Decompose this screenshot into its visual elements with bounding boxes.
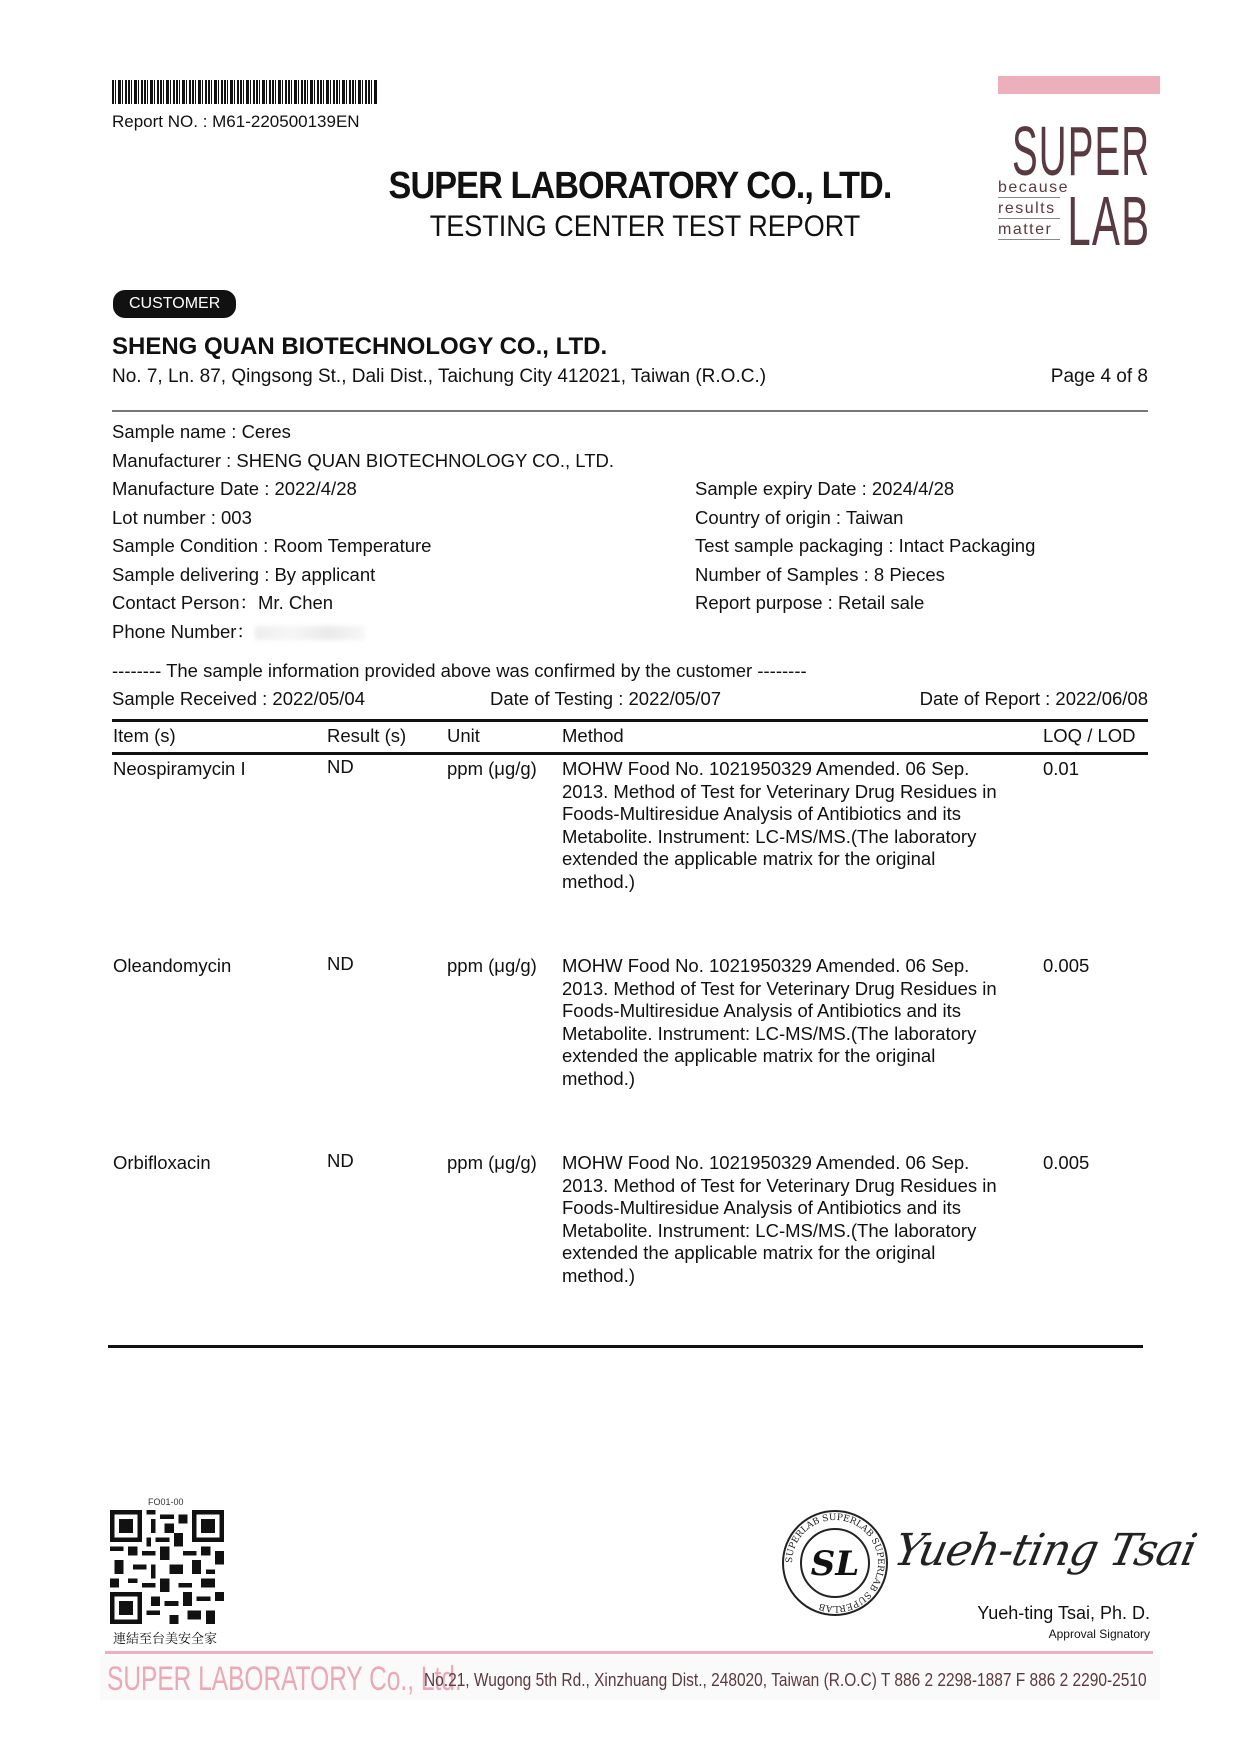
- customer-address: No. 7, Ln. 87, Qingsong St., Dali Dist.,…: [112, 366, 766, 388]
- sample-delivering: Sample delivering : By applicant: [112, 561, 614, 590]
- confirmation-note: -------- The sample information provided…: [112, 660, 807, 682]
- barcode: [112, 80, 377, 104]
- svg-text:SL: SL: [811, 1544, 859, 1584]
- logo-tagline-1: because: [998, 178, 1060, 198]
- qr-caption: 連結至台美安全家: [113, 1628, 217, 1647]
- sample-info-left: Sample name : Ceres Manufacturer : SHENG…: [112, 418, 614, 646]
- col-header-method: Method: [562, 725, 624, 747]
- logo-word-lab: LAB: [1067, 186, 1150, 256]
- sample-expiry-date: Sample expiry Date : 2024/4/28: [695, 475, 1035, 504]
- col-header-result: Result (s): [327, 725, 406, 747]
- row-method: MOHW Food No. 1021950329 Amended. 06 Sep…: [562, 1152, 1012, 1288]
- row-item: Oleandomycin: [113, 955, 231, 978]
- sample-info-right: Sample expiry Date : 2024/4/28 Country o…: [695, 475, 1035, 618]
- col-header-loq: LOQ / LOD: [1043, 725, 1136, 747]
- sample-name: Sample name : Ceres: [112, 418, 614, 447]
- col-header-item: Item (s): [113, 725, 176, 747]
- row-result: ND: [327, 953, 354, 976]
- row-unit: ppm (μg/g): [447, 758, 537, 781]
- report-number: Report NO. : M61-220500139EN: [112, 112, 360, 132]
- company-seal-icon: SUPERLAB SUPERLAB SUPERLAB SUPERLAB SL: [780, 1508, 890, 1618]
- row-loq: 0.005: [1043, 1152, 1089, 1175]
- sample-received-date: Sample Received : 2022/05/04: [112, 688, 365, 710]
- logo-word-super: SUPER: [1012, 116, 1150, 186]
- signer-role: Approval Signatory: [950, 1627, 1150, 1641]
- phone-number-label: Phone Number：: [112, 621, 255, 642]
- row-loq: 0.01: [1043, 758, 1079, 781]
- customer-name: SHENG QUAN BIOTECHNOLOGY CO., LTD.: [112, 333, 607, 361]
- contact-person: Contact Person：Mr. Chen: [112, 589, 614, 618]
- signature: Yueh-ting Tsai: [890, 1525, 1201, 1576]
- customer-badge: CUSTOMER: [113, 290, 236, 318]
- row-item: Neospiramycin I: [113, 758, 246, 781]
- sample-condition: Sample Condition : Room Temperature: [112, 532, 614, 561]
- lot-number: Lot number : 003: [112, 504, 614, 533]
- phone-number-redacted: [255, 626, 365, 640]
- superlab-logo: SUPER LAB because results matter: [990, 68, 1160, 258]
- date-of-report: Date of Report : 2022/06/08: [920, 688, 1148, 710]
- logo-tagline-2: results: [998, 199, 1060, 219]
- form-code: FO01-00: [148, 1497, 184, 1507]
- row-unit: ppm (μg/g): [447, 1152, 537, 1175]
- page-indicator: Page 4 of 8: [1040, 366, 1148, 388]
- row-result: ND: [327, 756, 354, 779]
- number-of-samples: Number of Samples : 8 Pieces: [695, 561, 1035, 590]
- row-method: MOHW Food No. 1021950329 Amended. 06 Sep…: [562, 955, 1012, 1091]
- footer-company-name: SUPER LABORATORY Co., Ltd.: [107, 1660, 462, 1699]
- row-loq: 0.005: [1043, 955, 1089, 978]
- country-of-origin: Country of origin : Taiwan: [695, 504, 1035, 533]
- manufacture-date: Manufacture Date : 2022/4/28: [112, 475, 614, 504]
- table-bottom-rule: [108, 1345, 1143, 1348]
- qr-code-icon[interactable]: [110, 1510, 224, 1624]
- test-sample-packaging: Test sample packaging : Intact Packaging: [695, 532, 1035, 561]
- divider: [112, 410, 1148, 412]
- date-of-testing: Date of Testing : 2022/05/07: [490, 688, 721, 710]
- logo-tagline-3: matter: [998, 220, 1060, 240]
- manufacturer: Manufacturer : SHENG QUAN BIOTECHNOLOGY …: [112, 447, 614, 476]
- col-header-unit: Unit: [447, 725, 480, 747]
- footer-company-address: No.21, Wugong 5th Rd., Xinzhuang Dist., …: [424, 1670, 1147, 1691]
- report-purpose: Report purpose : Retail sale: [695, 589, 1035, 618]
- footer-pink-rule: [105, 1651, 1153, 1654]
- row-result: ND: [327, 1150, 354, 1173]
- signer-name: Yueh-ting Tsai, Ph. D.: [900, 1603, 1150, 1624]
- logo-pink-bar: [998, 76, 1160, 94]
- row-method: MOHW Food No. 1021950329 Amended. 06 Sep…: [562, 758, 1012, 894]
- table-header-rule: [112, 752, 1148, 755]
- phone-number-row: Phone Number：: [112, 618, 614, 647]
- row-item: Orbifloxacin: [113, 1152, 211, 1175]
- table-top-rule: [112, 719, 1148, 722]
- row-unit: ppm (μg/g): [447, 955, 537, 978]
